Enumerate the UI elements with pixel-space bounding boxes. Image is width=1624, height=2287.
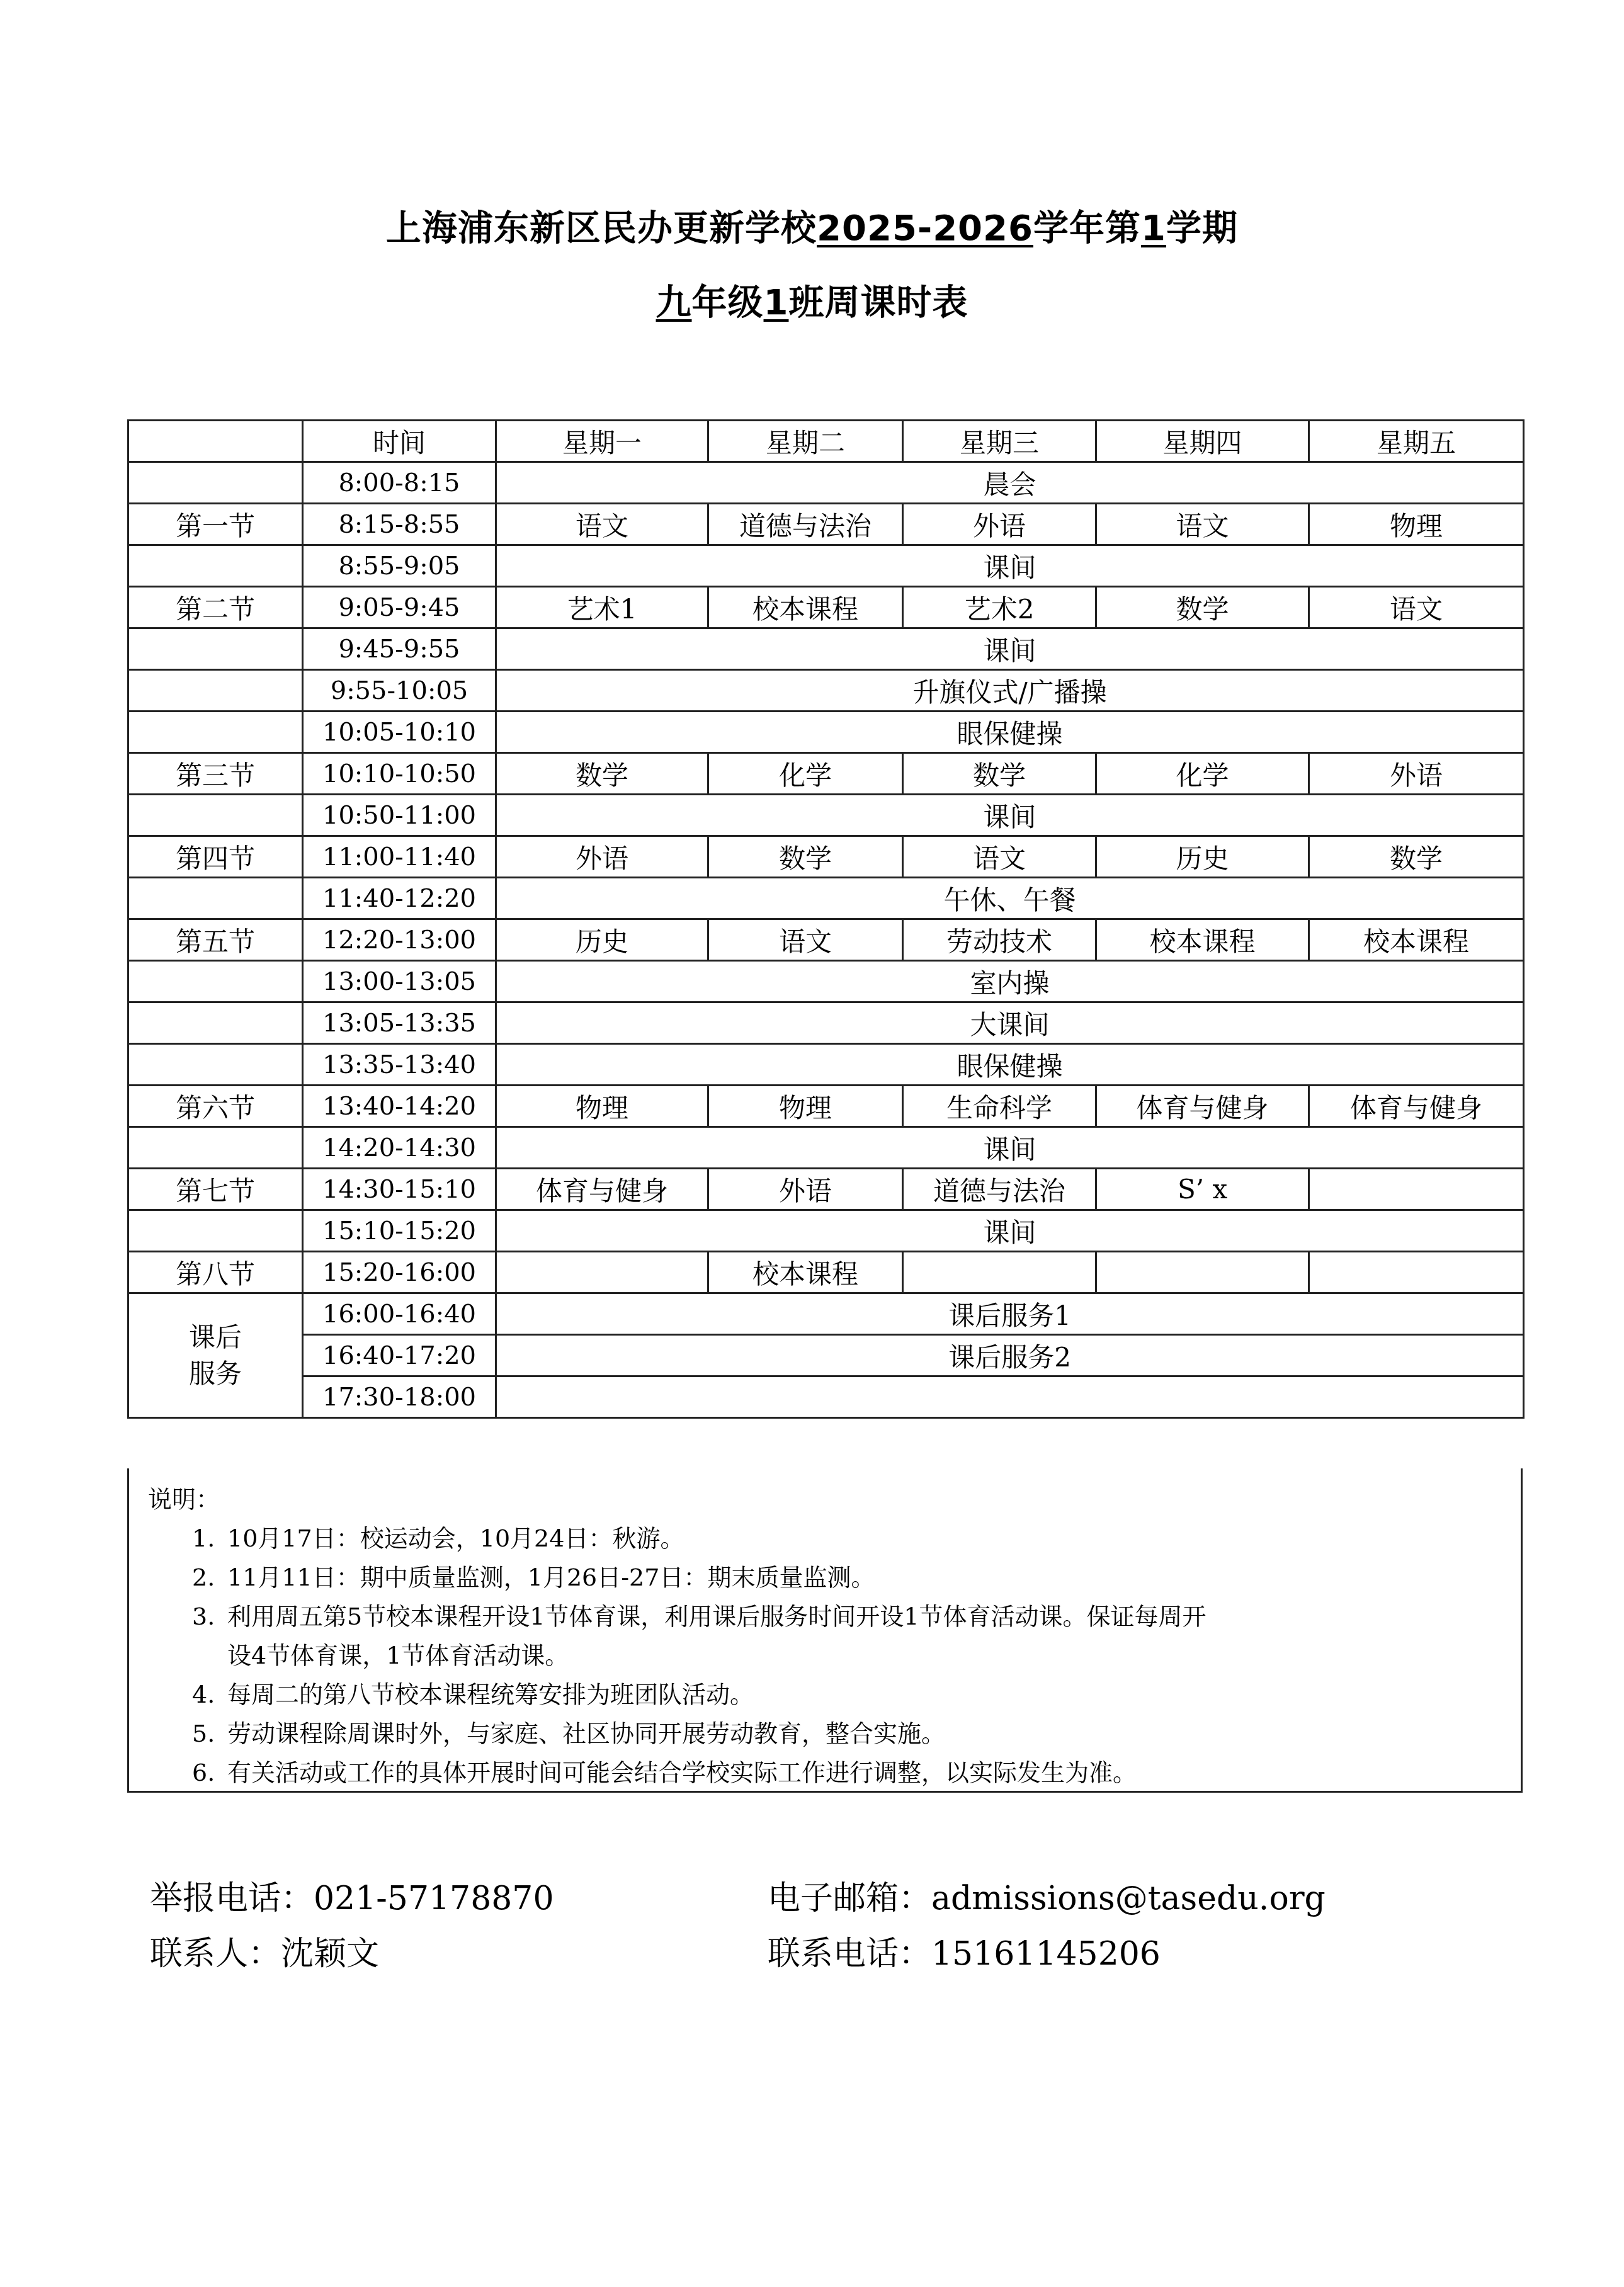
notes-heading: 说明：	[148, 1480, 220, 1514]
activity-cell: 课后服务1	[496, 1293, 1524, 1335]
header-row: 时间星期一星期二星期三星期四星期五	[128, 421, 1524, 462]
subject-cell: 体育与健身	[1096, 1086, 1309, 1127]
table-row: 14:20-14:30课间	[128, 1127, 1524, 1169]
period-label	[128, 961, 303, 1002]
period-label	[128, 795, 303, 836]
time-slot: 9:55-10:05	[303, 670, 496, 712]
period-label	[128, 1002, 303, 1044]
activity-cell: 课间	[496, 1127, 1524, 1169]
table-row: 8:55-9:05课间	[128, 545, 1524, 587]
period-label	[128, 628, 303, 670]
subject-cell: 道德与法治	[903, 1169, 1096, 1210]
activity-cell: 课间	[496, 628, 1524, 670]
note-item: 1.10月17日：校运动会，10月24日：秋游。	[192, 1519, 1508, 1558]
activity-cell: 课间	[496, 795, 1524, 836]
header-day: 星期五	[1309, 421, 1524, 462]
subject-cell: 语文	[496, 504, 708, 545]
table-row: 15:10-15:20课间	[128, 1210, 1524, 1252]
subject-cell: 物理	[1309, 504, 1524, 545]
report-phone: 举报电话：021-57178870	[150, 1871, 554, 1919]
time-slot: 16:40-17:20	[303, 1335, 496, 1376]
activity-cell: 升旗仪式/广播操	[496, 670, 1524, 712]
subject-cell: 语文	[903, 836, 1096, 878]
note-number: 6.	[192, 1753, 227, 1792]
period-label	[128, 1127, 303, 1169]
activity-cell: 晨会	[496, 462, 1524, 504]
activity-cell: 室内操	[496, 961, 1524, 1002]
class-number: 1	[764, 282, 789, 323]
time-slot: 11:00-11:40	[303, 836, 496, 878]
note-text-continued: 设4节体育课，1节体育活动课。	[192, 1636, 1508, 1675]
time-slot: 15:20-16:00	[303, 1252, 496, 1293]
subject-cell: 外语	[1309, 753, 1524, 795]
email[interactable]: 电子邮箱：admissions@tasedu.org	[768, 1871, 1326, 1919]
note-item: 2.11月11日：期中质量监测，1月26日-27日：期末质量监测。	[192, 1558, 1508, 1597]
time-slot: 14:30-15:10	[303, 1169, 496, 1210]
subject-cell: 外语	[903, 504, 1096, 545]
table-row: 第五节12:20-13:00历史语文劳动技术校本课程校本课程	[128, 919, 1524, 961]
note-text: 有关活动或工作的具体开展时间可能会结合学校实际工作进行调整，以实际发生为准。	[227, 1759, 1137, 1786]
header-day: 星期二	[708, 421, 903, 462]
subject-cell: 道德与法治	[708, 504, 903, 545]
time-slot: 11:40-12:20	[303, 878, 496, 919]
note-text: 11月11日：期中质量监测，1月26日-27日：期末质量监测。	[227, 1563, 875, 1591]
subject-cell: 劳动技术	[903, 919, 1096, 961]
header-blank	[128, 421, 303, 462]
period-label	[128, 545, 303, 587]
activity-cell	[496, 1376, 1524, 1418]
period-label: 第四节	[128, 836, 303, 878]
period-label	[128, 712, 303, 753]
activity-cell: 午休、午餐	[496, 878, 1524, 919]
period-label: 第六节	[128, 1086, 303, 1127]
time-slot: 12:20-13:00	[303, 919, 496, 961]
contact-phone: 联系电话：15161145206	[768, 1927, 1161, 1974]
subject-cell: 物理	[496, 1086, 708, 1127]
table-row: 13:35-13:40眼保健操	[128, 1044, 1524, 1086]
activity-cell: 课间	[496, 545, 1524, 587]
header-day: 星期四	[1096, 421, 1309, 462]
note-text: 每周二的第八节校本课程统筹安排为班团队活动。	[227, 1681, 754, 1708]
activity-cell: 大课间	[496, 1002, 1524, 1044]
table-row: 11:40-12:20午休、午餐	[128, 878, 1524, 919]
subject-cell: 外语	[496, 836, 708, 878]
time-slot: 15:10-15:20	[303, 1210, 496, 1252]
time-slot: 8:55-9:05	[303, 545, 496, 587]
header-day: 星期三	[903, 421, 1096, 462]
note-text: 10月17日：校运动会，10月24日：秋游。	[227, 1524, 684, 1552]
activity-cell: 课后服务2	[496, 1335, 1524, 1376]
table-row: 第六节13:40-14:20物理物理生命科学体育与健身体育与健身	[128, 1086, 1524, 1127]
note-number: 3.	[192, 1597, 227, 1636]
period-label	[128, 670, 303, 712]
subject-cell: 校本课程	[1096, 919, 1309, 961]
time-slot: 8:00-8:15	[303, 462, 496, 504]
note-number: 4.	[192, 1675, 227, 1714]
subject-cell: 艺术2	[903, 587, 1096, 628]
time-slot: 10:10-10:50	[303, 753, 496, 795]
table-row: 10:50-11:00课间	[128, 795, 1524, 836]
table-row: 第七节14:30-15:10体育与健身外语道德与法治S’ x	[128, 1169, 1524, 1210]
contact-person: 联系人：沈颖文	[150, 1927, 379, 1974]
table-row: 第四节11:00-11:40外语数学语文历史数学	[128, 836, 1524, 878]
subject-cell: S’ x	[1096, 1169, 1309, 1210]
activity-cell: 课间	[496, 1210, 1524, 1252]
table-row: 第二节9:05-9:45艺术1校本课程艺术2数学语文	[128, 587, 1524, 628]
note-item: 3.利用周五第5节校本课程开设1节体育课，利用课后服务时间开设1节体育活动课。保…	[192, 1597, 1508, 1675]
document-title-line2: 九年级1班周课时表	[0, 275, 1624, 325]
subject-cell: 物理	[708, 1086, 903, 1127]
document-title-line1: 上海浦东新区民办更新学校2025-2026学年第1学期	[0, 200, 1624, 251]
table-row: 13:00-13:05室内操	[128, 961, 1524, 1002]
period-label: 第一节	[128, 504, 303, 545]
table-row: 第八节15:20-16:00校本课程	[128, 1252, 1524, 1293]
time-slot: 16:00-16:40	[303, 1293, 496, 1335]
subject-cell: 校本课程	[1309, 919, 1524, 961]
note-item: 6.有关活动或工作的具体开展时间可能会结合学校实际工作进行调整，以实际发生为准。	[192, 1753, 1508, 1792]
notes-box: 说明： 1.10月17日：校运动会，10月24日：秋游。 2.11月11日：期中…	[127, 1468, 1523, 1793]
subject-cell: 数学	[1309, 836, 1524, 878]
time-slot: 10:05-10:10	[303, 712, 496, 753]
subject-cell: 生命科学	[903, 1086, 1096, 1127]
subject-cell	[1309, 1169, 1524, 1210]
table-row: 8:00-8:15晨会	[128, 462, 1524, 504]
subject-cell: 数学	[496, 753, 708, 795]
title-text: 年级	[692, 282, 764, 323]
table-row: 9:55-10:05升旗仪式/广播操	[128, 670, 1524, 712]
subject-cell: 艺术1	[496, 587, 708, 628]
time-slot: 9:05-9:45	[303, 587, 496, 628]
school-name: 上海浦东新区民办更新学校	[386, 208, 817, 249]
period-label	[128, 1210, 303, 1252]
subject-cell: 化学	[708, 753, 903, 795]
activity-cell: 眼保健操	[496, 712, 1524, 753]
table-row: 课后 服务16:00-16:40课后服务1	[128, 1293, 1524, 1335]
academic-year: 2025-2026	[817, 208, 1033, 249]
table-row: 10:05-10:10眼保健操	[128, 712, 1524, 753]
subject-cell: 化学	[1096, 753, 1309, 795]
time-slot: 10:50-11:00	[303, 795, 496, 836]
subject-cell: 历史	[1096, 836, 1309, 878]
time-slot: 13:40-14:20	[303, 1086, 496, 1127]
period-label: 第七节	[128, 1169, 303, 1210]
subject-cell: 数学	[708, 836, 903, 878]
subject-cell: 语文	[708, 919, 903, 961]
timetable: 时间星期一星期二星期三星期四星期五8:00-8:15晨会第一节8:15-8:55…	[127, 419, 1525, 1419]
table-row: 9:45-9:55课间	[128, 628, 1524, 670]
table-row: 13:05-13:35大课间	[128, 1002, 1524, 1044]
table-row: 第一节8:15-8:55语文道德与法治外语语文物理	[128, 504, 1524, 545]
time-slot: 14:20-14:30	[303, 1127, 496, 1169]
subject-cell	[1309, 1252, 1524, 1293]
period-label	[128, 878, 303, 919]
grade: 九	[656, 282, 692, 323]
subject-cell: 体育与健身	[1309, 1086, 1524, 1127]
note-text: 利用周五第5节校本课程开设1节体育课，利用课后服务时间开设1节体育活动课。保证每…	[227, 1603, 1207, 1630]
subject-cell: 体育与健身	[496, 1169, 708, 1210]
subject-cell: 数学	[1096, 587, 1309, 628]
subject-cell: 校本课程	[708, 1252, 903, 1293]
subject-cell: 语文	[1096, 504, 1309, 545]
subject-cell: 校本课程	[708, 587, 903, 628]
time-slot: 13:35-13:40	[303, 1044, 496, 1086]
subject-cell: 语文	[1309, 587, 1524, 628]
period-label	[128, 1044, 303, 1086]
period-label	[128, 462, 303, 504]
subject-cell	[903, 1252, 1096, 1293]
time-slot: 8:15-8:55	[303, 504, 496, 545]
time-slot: 13:05-13:35	[303, 1002, 496, 1044]
period-label: 第五节	[128, 919, 303, 961]
time-slot: 17:30-18:00	[303, 1376, 496, 1418]
note-item: 4.每周二的第八节校本课程统筹安排为班团队活动。	[192, 1675, 1508, 1714]
header-time: 时间	[303, 421, 496, 462]
note-number: 2.	[192, 1558, 227, 1597]
table-row: 16:40-17:20课后服务2	[128, 1335, 1524, 1376]
period-label: 课后 服务	[128, 1293, 303, 1418]
header-day: 星期一	[496, 421, 708, 462]
time-slot: 9:45-9:55	[303, 628, 496, 670]
note-text: 劳动课程除周课时外，与家庭、社区协同开展劳动教育，整合实施。	[227, 1720, 945, 1747]
period-label: 第二节	[128, 587, 303, 628]
time-slot: 13:00-13:05	[303, 961, 496, 1002]
subject-cell: 历史	[496, 919, 708, 961]
title-text: 学期	[1166, 208, 1238, 249]
note-number: 1.	[192, 1519, 227, 1558]
table-row: 第三节10:10-10:50数学化学数学化学外语	[128, 753, 1524, 795]
subject-cell	[1096, 1252, 1309, 1293]
subject-cell	[496, 1252, 708, 1293]
term-number: 1	[1141, 208, 1166, 249]
activity-cell: 眼保健操	[496, 1044, 1524, 1086]
period-label: 第三节	[128, 753, 303, 795]
table-row: 17:30-18:00	[128, 1376, 1524, 1418]
note-item: 5.劳动课程除周课时外，与家庭、社区协同开展劳动教育，整合实施。	[192, 1714, 1508, 1753]
title-text: 班周课时表	[788, 282, 968, 323]
title-text: 学年第	[1033, 208, 1141, 249]
subject-cell: 外语	[708, 1169, 903, 1210]
period-label: 第八节	[128, 1252, 303, 1293]
subject-cell: 数学	[903, 753, 1096, 795]
note-number: 5.	[192, 1714, 227, 1753]
